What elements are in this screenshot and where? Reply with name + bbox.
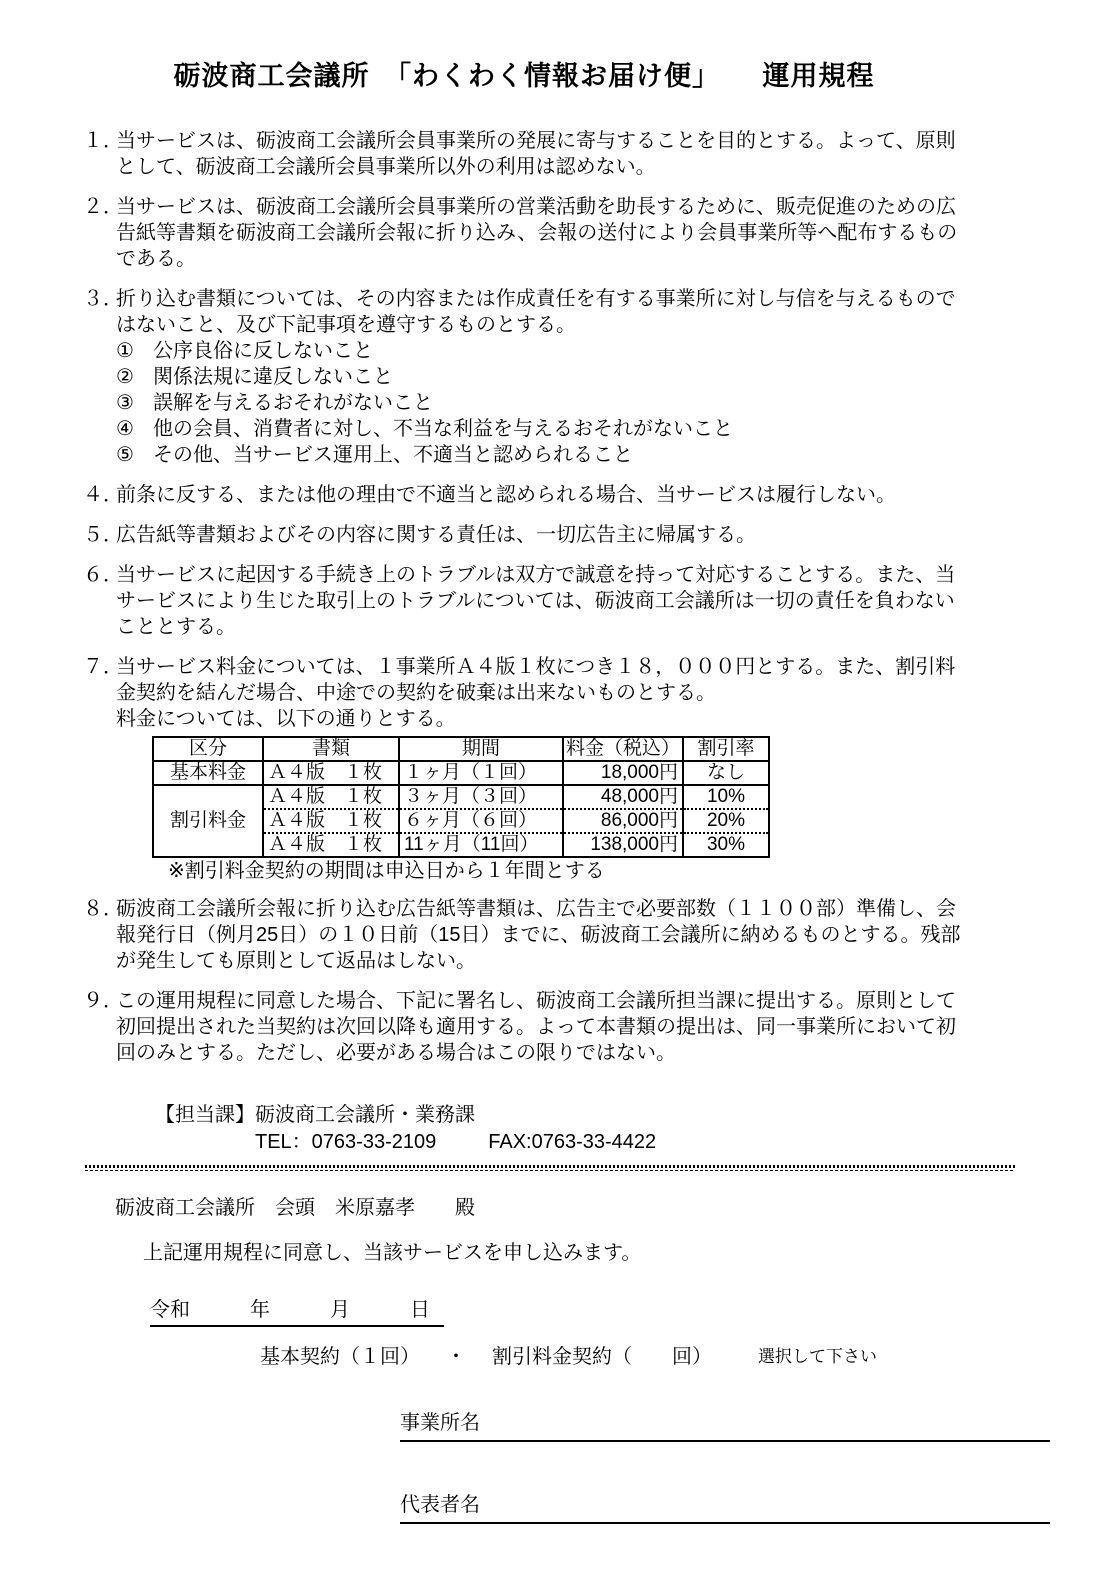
representative-name-field[interactable]: 代表者名 [400,1492,1050,1524]
table-row-basic: 基本料金 Ａ４版 １枚 １ヶ月（１回） 18,000円 なし [153,761,769,785]
cell-document: Ａ４版 １枚 [263,785,399,809]
sub-item-text: 公序良俗に反しないこと [153,338,373,364]
table-header-document: 書類 [263,737,399,761]
item-6: ６． 当サービスに起因する手続き上のトラブルは双方で誠意を持って対応することする… [83,562,965,640]
contact-fax: FAX:0763-33-4422 [488,1131,656,1153]
sub-item-text: その他、当サービス運用上、不適当と認められること [153,442,633,468]
item-text: この運用規程に同意した場合、下記に署名し、砺波商工会議所担当課に提出する。原則と… [116,988,965,1066]
item-9: ９． この運用規程に同意した場合、下記に署名し、砺波商工会議所担当課に提出する。… [83,988,965,1066]
cell-period: 11ヶ月（11回） [399,833,563,857]
sub-item-number: ① [116,338,153,364]
item-number: ８． [83,896,116,974]
item-number: ２． [83,194,116,272]
item-number: ６． [83,562,116,640]
sub-item-5: ⑤ その他、当サービス運用上、不適当と認められること [116,442,965,468]
item-2: ２． 当サービスは、砺波商工会議所会員事業所の営業活動を助長するために、販売促進… [83,194,965,272]
item-7: ７． 当サービス料金については、１事業所Ａ４版１枚につき１８，０００円とする。ま… [83,654,965,732]
cell-rate: 30% [683,833,769,857]
item-text: 砺波商工会議所会報に折り込む広告紙等書類は、広告主で必要部数（１１００部）準備し… [116,896,965,974]
cell-period: １ヶ月（１回） [399,761,563,785]
cell-period: ６ヶ月（６回） [399,809,563,833]
item-number: ９． [83,988,116,1066]
item-4: ４． 前条に反する、または他の理由で不適当と認められる場合、当サービスは履行しな… [83,482,965,508]
cell-document: Ａ４版 １枚 [263,809,399,833]
table-header-period: 期間 [399,737,563,761]
cut-line-divider [85,1165,1015,1171]
cell-rate: なし [683,761,769,785]
cell-rate: 10% [683,785,769,809]
cell-rate: 20% [683,809,769,833]
table-note: ※割引料金契約の期間は申込日から１年間とする [168,858,965,884]
contact-department: 【担当課】砺波商工会議所・業務課 [155,1102,965,1129]
cell-price: 86,000円 [563,809,683,833]
item-number: １． [83,128,116,180]
business-name-label: 事業所名 [400,1412,480,1434]
addressee-line: 砺波商工会議所 会頭 米原嘉孝 殿 [115,1195,965,1221]
cell-price: 18,000円 [563,761,683,785]
table-row-discount-3m: 割引料金 Ａ４版 １枚 ３ヶ月（３回） 48,000円 10% [153,785,769,809]
contract-discount-option[interactable]: 割引料金契約（ 回） [492,1344,712,1370]
agreement-statement: 上記運用規程に同意し、当該サービスを申し込みます。 [143,1240,965,1266]
cell-price: 138,000円 [563,833,683,857]
table-header-category: 区分 [153,737,263,761]
sub-item-number: ② [116,364,153,390]
item-text: 広告紙等書類およびその内容に関する責任は、一切広告主に帰属する。 [116,522,965,548]
cut-line-thin [85,1170,1015,1171]
cell-category: 割引料金 [153,785,263,857]
cell-period: ３ヶ月（３回） [399,785,563,809]
item-8: ８． 砺波商工会議所会報に折り込む広告紙等書類は、広告主で必要部数（１１００部）… [83,896,965,974]
sub-item-4: ④ 他の会員、消費者に対し、不当な利益を与えるおそれがないこと [116,416,965,442]
item-number: ４． [83,482,116,508]
item-5: ５． 広告紙等書類およびその内容に関する責任は、一切広告主に帰属する。 [83,522,965,548]
representative-name-label: 代表者名 [400,1494,480,1516]
document-page: 砺波商工会議所 「わくわく情報お届け便」 運用規程 １． 当サービスは、砺波商工… [0,0,1120,1593]
date-line[interactable]: 令和 年 月 日 [150,1297,444,1327]
cell-document: Ａ４版 １枚 [263,761,399,785]
sub-item-2: ② 関係法規に違反しないこと [116,364,965,390]
table-header-row: 区分 書類 期間 料金（税込） 割引率 [153,737,769,761]
sub-item-text: 誤解を与えるおそれがないこと [153,390,433,416]
cell-category: 基本料金 [153,761,263,785]
item-1: １． 当サービスは、砺波商工会議所会員事業所の発展に寄与することを目的とする。よ… [83,128,965,180]
item-number: ７． [83,654,116,732]
contract-selection-line: 基本契約（１回） ・ 割引料金契約（ 回） 選択して下さい [260,1344,965,1370]
cell-price: 48,000円 [563,785,683,809]
contract-separator: ・ [446,1344,466,1370]
item-text: 当サービスは、砺波商工会議所会員事業所の発展に寄与することを目的とする。よって、… [116,128,965,180]
item-text-main: 折り込む書類については、その内容または作成責任を有する事業所に対し与信を与えるも… [116,286,965,338]
item-text: 当サービスに起因する手続き上のトラブルは双方で誠意を持って対応することする。また… [116,562,965,640]
item-text-main: 当サービス料金については、１事業所Ａ４版１枚につき１８，０００円とする。また、割… [116,654,965,706]
item-text-secondary: 料金については、以下の通りとする。 [116,706,965,732]
contact-tel: TEL：0763-33-2109 [255,1131,436,1153]
item-3: ３． 折り込む書類については、その内容または作成責任を有する事業所に対し与信を与… [83,286,965,468]
item-number: ５． [83,522,116,548]
sub-item-text: 他の会員、消費者に対し、不当な利益を与えるおそれがないこと [153,416,733,442]
sub-item-3: ③ 誤解を与えるおそれがないこと [116,390,965,416]
cell-document: Ａ４版 １枚 [263,833,399,857]
contract-select-note: 選択して下さい [758,1344,877,1370]
contact-block: 【担当課】砺波商工会議所・業務課 TEL：0763-33-2109FAX:076… [83,1102,965,1156]
table-header-discount-rate: 割引率 [683,737,769,761]
sub-item-1: ① 公序良俗に反しないこと [116,338,965,364]
sub-item-text: 関係法規に違反しないこと [153,364,393,390]
price-table: 区分 書類 期間 料金（税込） 割引率 基本料金 Ａ４版 １枚 １ヶ月（１回） … [152,736,770,858]
cut-line-thick [85,1165,1015,1168]
business-name-field[interactable]: 事業所名 [400,1410,1050,1442]
table-header-price: 料金（税込） [563,737,683,761]
item-number: ３． [83,286,116,468]
contact-tel-fax: TEL：0763-33-2109FAX:0763-33-4422 [255,1129,965,1156]
document-title: 砺波商工会議所 「わくわく情報お届け便」 運用規程 [83,58,965,94]
item-text: 当サービスは、砺波商工会議所会員事業所の営業活動を助長するために、販売促進のため… [116,194,965,272]
contract-basic-option[interactable]: 基本契約（１回） [260,1344,420,1370]
sub-item-number: ④ [116,416,153,442]
sub-item-number: ⑤ [116,442,153,468]
sub-item-number: ③ [116,390,153,416]
item-text: 前条に反する、または他の理由で不適当と認められる場合、当サービスは履行しない。 [116,482,965,508]
item-text: 折り込む書類については、その内容または作成責任を有する事業所に対し与信を与えるも… [116,286,965,468]
item-text: 当サービス料金については、１事業所Ａ４版１枚につき１８，０００円とする。また、割… [116,654,965,732]
